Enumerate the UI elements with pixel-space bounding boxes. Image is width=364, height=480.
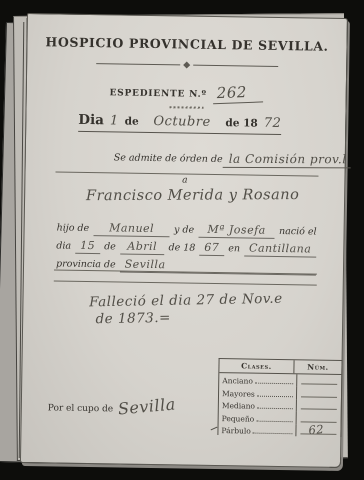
father-name: Manuel (93, 221, 170, 237)
admission-printed-text: Se admite de órden de (114, 152, 223, 165)
table-row: Anciano (219, 373, 341, 387)
cupo-label: Por el cupo de (48, 403, 113, 414)
title-divider (96, 61, 278, 69)
class-label: Párbulo (221, 426, 250, 435)
class-num-handwritten: 62 (308, 422, 325, 437)
class-label: Mayores (222, 389, 255, 399)
expediente-line: ESPEDIENTE N.º 262 (27, 80, 346, 105)
document-page: HOSPICIO PROVINCIAL DE SEVILLA. ESPEDIEN… (20, 13, 348, 468)
label-y-de: y de (174, 224, 194, 235)
label-provincia-de: provincia de (56, 258, 116, 270)
table-row: Párbulo 62 (218, 423, 340, 437)
date-month: Octubre (145, 114, 220, 130)
patient-name: Francisco Merida y Rosano (75, 187, 310, 204)
squiggle-ornament-icon (169, 106, 203, 109)
class-label: Anciano (222, 377, 253, 386)
label-hijo-de: hijo de (57, 222, 90, 234)
label-de-18: de 18 (168, 242, 195, 253)
date-prefix: Dia (78, 112, 104, 128)
cupo-value: Sevilla (117, 394, 176, 418)
classes-table: Clases. Núm. Anciano Mayores Mediano Peq… (217, 358, 342, 437)
header-clases: Clases. (219, 361, 293, 371)
book-scan: HOSPICIO PROVINCIAL DE SEVILLA. ESPEDIEN… (0, 0, 364, 480)
label-dia: dia (56, 240, 71, 251)
admission-line: Se admite de órden de la Comisión prov.l (114, 149, 319, 168)
date-de2: de 18 (225, 117, 257, 130)
expediente-label: ESPEDIENTE N.º (109, 88, 206, 100)
table-row: Mediano (219, 398, 341, 412)
birth-town: Cantillana (244, 241, 316, 257)
table-row: Mayores (219, 385, 341, 399)
class-label: Mediano (222, 401, 255, 411)
date-year: 72 (264, 116, 282, 131)
mother-name: Mª Josefa (198, 223, 275, 239)
page-title: HOSPICIO PROVINCIAL DE SEVILLA. (27, 34, 346, 54)
header-num: Núm. (293, 360, 341, 374)
expediente-number: 262 (212, 82, 263, 104)
cupo-line: Por el cupo de Sevilla (48, 395, 176, 416)
diamond-ornament-icon (183, 61, 190, 68)
birth-month: Abril (120, 239, 165, 255)
date-day: 1 (110, 113, 119, 128)
admission-authority: la Comisión prov.l (223, 152, 351, 168)
ruled-line (54, 280, 317, 285)
handwritten-tick-mark (211, 427, 218, 431)
birth-year: 67 (199, 241, 224, 256)
birth-line-1: hijo de Manuel y de Mª Josefa nació el (57, 220, 317, 239)
death-note: Falleció el dia 27 de Nov.e de 1873.= (89, 291, 283, 329)
date-de1: de (125, 116, 139, 128)
birth-day: 15 (75, 239, 100, 254)
label-en: en (228, 243, 240, 254)
label-nacio-el: nació el (279, 226, 317, 238)
death-note-line2: de 1873.= (89, 308, 283, 329)
label-de: de (104, 241, 116, 252)
birth-line-2: dia 15 de Abril de 18 67 en Cantillana (56, 238, 316, 257)
date-line: Dia 1 de Octubre de 18 72 (78, 112, 281, 135)
